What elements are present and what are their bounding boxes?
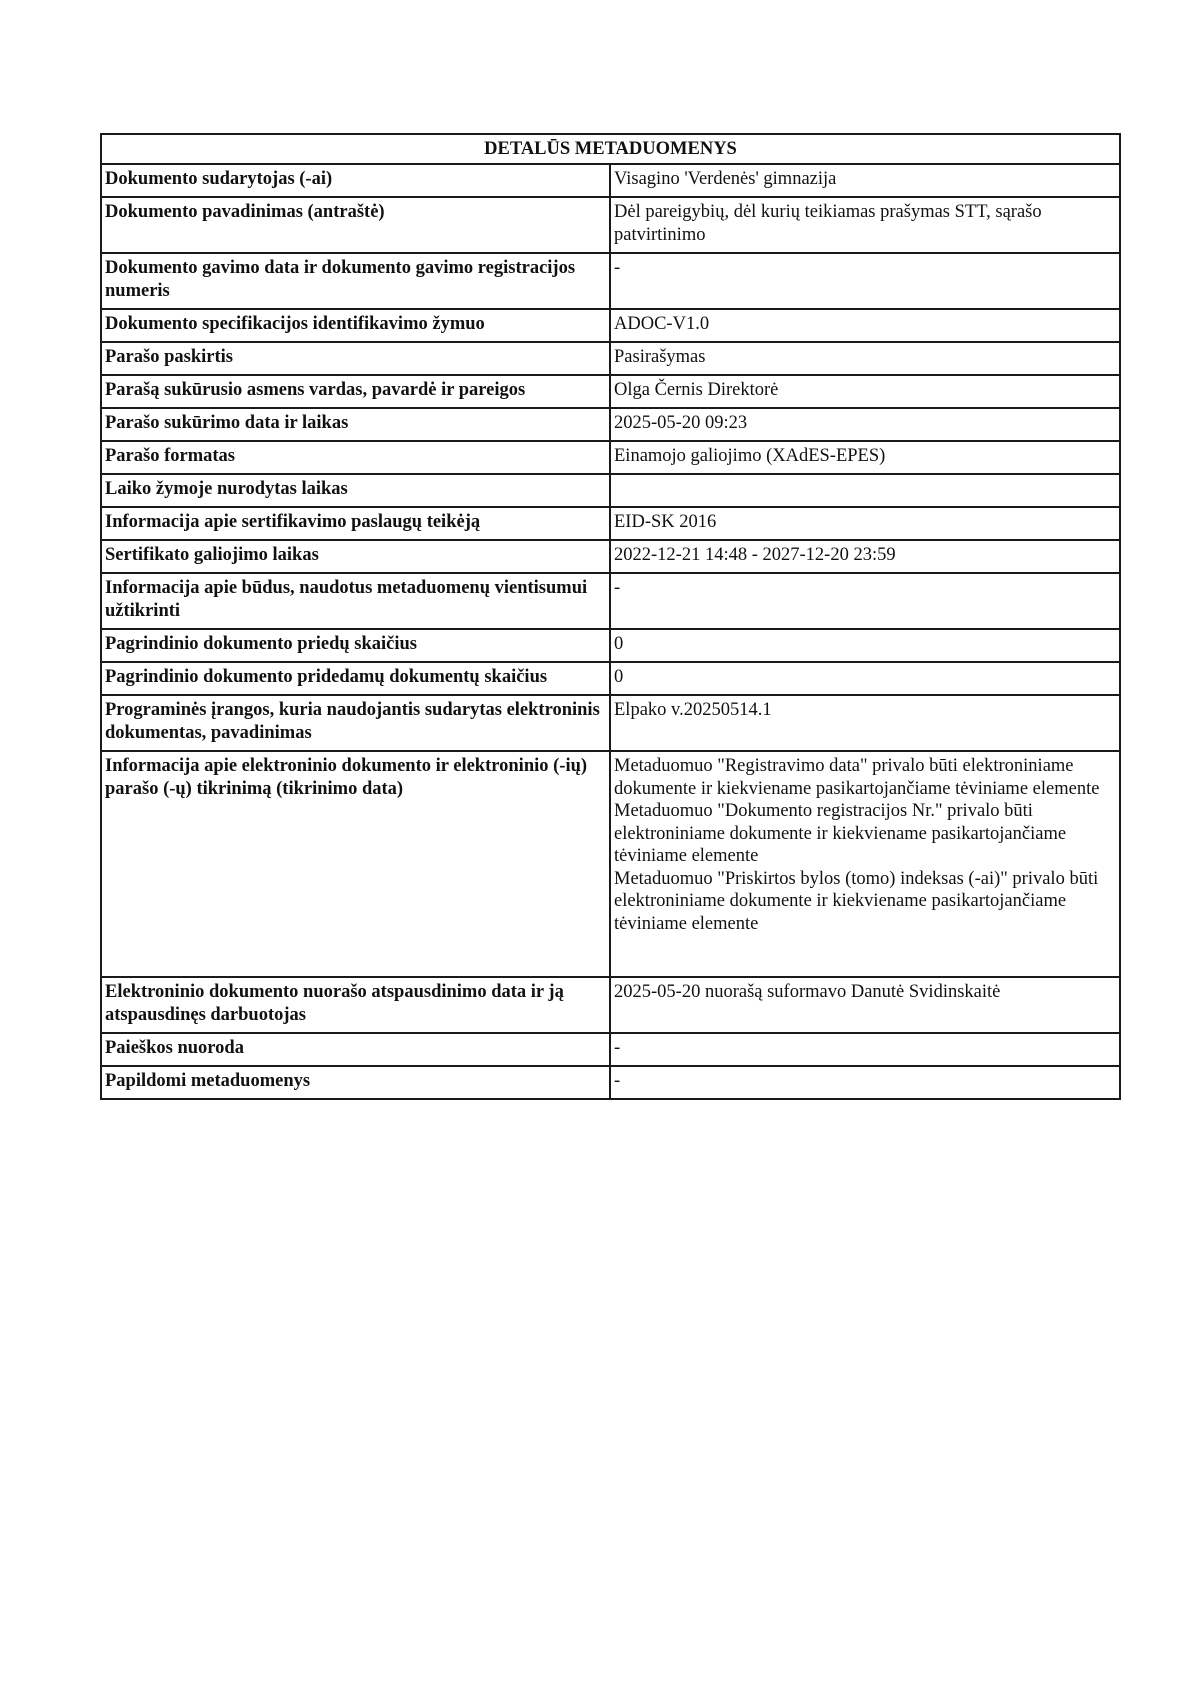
row-value-document-title: Dėl pareigybių, dėl kurių teikiamas praš…: [610, 197, 1120, 253]
verification-message: Metaduomuo "Registravimo data" privalo b…: [614, 755, 1116, 800]
row-value-certification-provider: EID-SK 2016: [610, 507, 1120, 540]
table-row: Papildomi metaduomenys -: [101, 1066, 1120, 1099]
row-label-annex-count: Pagrindinio dokumento priedų skaičius: [101, 629, 610, 662]
table-row: Dokumento gavimo data ir dokumento gavim…: [101, 253, 1120, 309]
row-value-signature-purpose: Pasirašymas: [610, 342, 1120, 375]
row-value-attached-count: 0: [610, 662, 1120, 695]
table-row: Paieškos nuoroda -: [101, 1033, 1120, 1066]
row-label-signer: Parašą sukūrusio asmens vardas, pavardė …: [101, 375, 610, 408]
row-value-signer: Olga Černis Direktorė: [610, 375, 1120, 408]
table-row: Informacija apie elektroninio dokumento …: [101, 751, 1120, 977]
row-value-certificate-validity: 2022-12-21 14:48 - 2027-12-20 23:59: [610, 540, 1120, 573]
row-label-print-info: Elektroninio dokumento nuorašo atspausdi…: [101, 977, 610, 1033]
table-title-row: DETALŪS METADUOMENYS: [101, 134, 1120, 164]
row-value-verification: Metaduomuo "Registravimo data" privalo b…: [610, 751, 1120, 977]
row-label-certificate-validity: Sertifikato galiojimo laikas: [101, 540, 610, 573]
table-row: Pagrindinio dokumento pridedamų dokument…: [101, 662, 1120, 695]
row-value-annex-count: 0: [610, 629, 1120, 662]
row-value-search-link: -: [610, 1033, 1120, 1066]
row-label-spec-id: Dokumento specifikacijos identifikavimo …: [101, 309, 610, 342]
row-label-verification: Informacija apie elektroninio dokumento …: [101, 751, 610, 977]
row-label-creator: Dokumento sudarytojas (-ai): [101, 164, 610, 197]
table-row: Laiko žymoje nurodytas laikas: [101, 474, 1120, 507]
table-row: Sertifikato galiojimo laikas 2022-12-21 …: [101, 540, 1120, 573]
table-row: Dokumento pavadinimas (antraštė) Dėl par…: [101, 197, 1120, 253]
metadata-table: DETALŪS METADUOMENYS Dokumento sudarytoj…: [100, 133, 1121, 1100]
row-value-integrity-methods: -: [610, 573, 1120, 629]
row-label-search-link: Paieškos nuoroda: [101, 1033, 610, 1066]
row-label-attached-count: Pagrindinio dokumento pridedamų dokument…: [101, 662, 610, 695]
table-row: Informacija apie sertifikavimo paslaugų …: [101, 507, 1120, 540]
row-label-integrity-methods: Informacija apie būdus, naudotus metaduo…: [101, 573, 610, 629]
table-row: Programinės įrangos, kuria naudojantis s…: [101, 695, 1120, 751]
row-label-additional-metadata: Papildomi metaduomenys: [101, 1066, 610, 1099]
row-label-software: Programinės įrangos, kuria naudojantis s…: [101, 695, 610, 751]
row-value-signature-date: 2025-05-20 09:23: [610, 408, 1120, 441]
table-row: Elektroninio dokumento nuorašo atspausdi…: [101, 977, 1120, 1033]
row-value-timestamp: [610, 474, 1120, 507]
row-value-print-info: 2025-05-20 nuorašą suformavo Danutė Svid…: [610, 977, 1120, 1033]
row-value-spec-id: ADOC-V1.0: [610, 309, 1120, 342]
verification-message: Metaduomuo "Priskirtos bylos (tomo) inde…: [614, 868, 1116, 936]
row-value-receipt-date: -: [610, 253, 1120, 309]
row-value-signature-format: Einamojo galiojimo (XAdES-EPES): [610, 441, 1120, 474]
row-label-document-title: Dokumento pavadinimas (antraštė): [101, 197, 610, 253]
table-row: Informacija apie būdus, naudotus metaduo…: [101, 573, 1120, 629]
row-label-signature-purpose: Parašo paskirtis: [101, 342, 610, 375]
table-row: Parašo sukūrimo data ir laikas 2025-05-2…: [101, 408, 1120, 441]
table-row: Parašą sukūrusio asmens vardas, pavardė …: [101, 375, 1120, 408]
table-row: Dokumento specifikacijos identifikavimo …: [101, 309, 1120, 342]
row-label-certification-provider: Informacija apie sertifikavimo paslaugų …: [101, 507, 610, 540]
row-label-signature-format: Parašo formatas: [101, 441, 610, 474]
table-row: Parašo formatas Einamojo galiojimo (XAdE…: [101, 441, 1120, 474]
row-label-timestamp: Laiko žymoje nurodytas laikas: [101, 474, 610, 507]
table-row: Pagrindinio dokumento priedų skaičius 0: [101, 629, 1120, 662]
row-value-creator: Visagino 'Verdenės' gimnazija: [610, 164, 1120, 197]
verification-message: Metaduomuo "Dokumento registracijos Nr."…: [614, 800, 1116, 868]
row-label-receipt-date: Dokumento gavimo data ir dokumento gavim…: [101, 253, 610, 309]
row-value-software: Elpako v.20250514.1: [610, 695, 1120, 751]
row-value-additional-metadata: -: [610, 1066, 1120, 1099]
table-row: Dokumento sudarytojas (-ai) Visagino 'Ve…: [101, 164, 1120, 197]
table-title: DETALŪS METADUOMENYS: [101, 134, 1120, 164]
table-row: Parašo paskirtis Pasirašymas: [101, 342, 1120, 375]
row-label-signature-date: Parašo sukūrimo data ir laikas: [101, 408, 610, 441]
